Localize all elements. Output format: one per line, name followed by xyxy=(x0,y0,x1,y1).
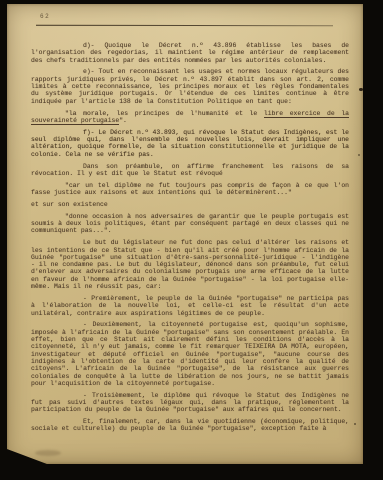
paragraph-preambule: Dans son préambule, on affirme francheme… xyxy=(31,163,349,178)
connector-line: et sur son existence xyxy=(31,201,349,208)
quoted-passage-souverainete: "la morale, les principes de l'humanité … xyxy=(31,110,349,125)
quote-post-text: ". xyxy=(119,117,127,124)
paragraph-d: d)- Quoique le Décret n.º 43.896 établis… xyxy=(31,42,349,64)
paragraph-finalement: Et, finalement, car, dans la vie quotidi… xyxy=(31,418,349,433)
list-item-deuxiemement: - Deuxièmement, la citoyenneté portugais… xyxy=(31,321,349,387)
paragraph-e: e)- Tout en reconnaissant les usages et … xyxy=(31,68,349,104)
paper-smudge xyxy=(35,450,61,456)
ink-speck xyxy=(363,61,365,63)
list-item-premierement: - Premièrement, le peuple de la Guinée "… xyxy=(31,295,349,317)
ink-speck xyxy=(354,423,356,425)
ink-speck xyxy=(359,88,363,91)
document-text: d)- Quoique le Décret n.º 43.896 établis… xyxy=(31,42,349,437)
scanned-page: 62 d)- Quoique le Décret n.º 43.896 étab… xyxy=(7,4,363,464)
quoted-passage-diplome: "car un tel diplôme ne fut toujours pas … xyxy=(31,182,349,197)
header-rule xyxy=(36,25,333,27)
quoted-passage-occasion: "donne occasion à nos adversaires de gar… xyxy=(31,213,349,235)
paragraph-but-du-legislateur: Le but du législateur ne fut donc pas ce… xyxy=(31,239,349,290)
paragraph-f: f)- Le Décret n.º 43.893, qui révoque le… xyxy=(31,129,349,158)
quote-pre-text: "la morale, les principes de l'humanité … xyxy=(65,110,264,117)
scan-background: 62 d)- Quoique le Décret n.º 43.896 étab… xyxy=(0,0,383,480)
list-item-troisiemement: - Troisièmement, le diplôme qui révoque … xyxy=(31,392,349,414)
page-number: 62 xyxy=(40,13,50,20)
ink-speck xyxy=(358,154,360,156)
